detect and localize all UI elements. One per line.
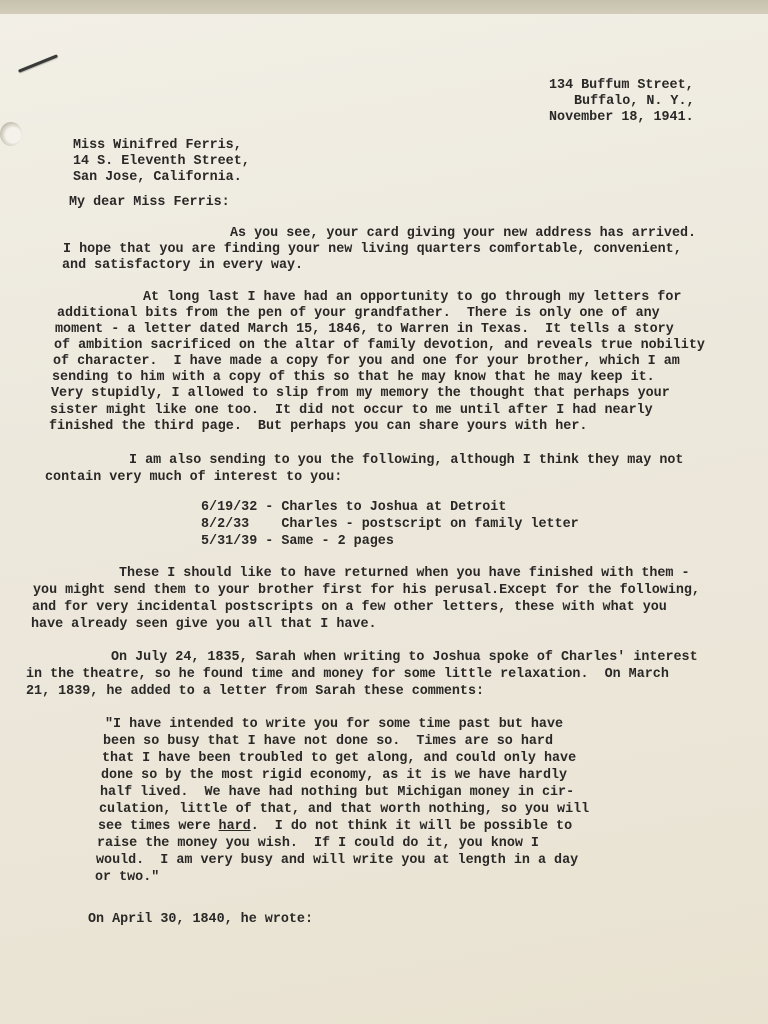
quote-line: see times were hard. I do not think it w… xyxy=(98,819,572,836)
paragraph-line: At long last I have had an opportunity t… xyxy=(143,290,681,307)
paragraph-line: and for very incidental postscripts on a… xyxy=(32,600,667,617)
paragraph-line: additional bits from the pen of your gra… xyxy=(57,306,660,323)
quote-line: "I have intended to write you for some t… xyxy=(105,717,563,734)
paragraph-line: As you see, your card giving your new ad… xyxy=(230,226,696,243)
paragraph-line: moment - a letter dated March 15, 1846, … xyxy=(55,322,674,339)
enclosure-item: 8/2/33 Charles - postscript on family le… xyxy=(201,517,579,534)
paragraph-line: I am also sending to you the following, … xyxy=(129,453,683,470)
paragraph-line: I hope that you are finding your new liv… xyxy=(63,242,682,259)
paragraph-line: Very stupidly, I allowed to slip from my… xyxy=(51,386,670,403)
paragraph-line: and satisfactory in every way. xyxy=(62,258,303,275)
salutation: My dear Miss Ferris: xyxy=(69,195,230,212)
punch-hole-icon xyxy=(0,122,22,146)
paragraph-line: have already seen give you all that I ha… xyxy=(31,617,377,634)
recipient-city: San Jose, California. xyxy=(73,170,242,187)
recipient-street: 14 S. Eleventh Street, xyxy=(73,154,250,171)
quote-line: raise the money you wish. If I could do … xyxy=(97,836,539,853)
staple-icon xyxy=(18,54,58,73)
quote-text: see times were xyxy=(98,819,219,834)
underlined-word: hard xyxy=(219,819,251,834)
paragraph-line: sending to him with a copy of this so th… xyxy=(52,370,655,387)
enclosure-item: 5/31/39 - Same - 2 pages xyxy=(201,534,394,551)
paragraph-line: in the theatre, so he found time and mon… xyxy=(26,667,669,684)
quote-line: or two." xyxy=(95,870,159,887)
return-address-street: 134 Buffum Street, xyxy=(549,78,694,95)
quote-line: been so busy that I have not done so. Ti… xyxy=(103,734,553,751)
quote-line: culation, little of that, and that worth… xyxy=(99,802,589,819)
quote-line: done so by the most rigid economy, as it… xyxy=(101,768,567,785)
paragraph-line: sister might like one too. It did not oc… xyxy=(50,403,653,420)
paragraph-line: you might send them to your brother firs… xyxy=(33,583,700,600)
recipient-name: Miss Winifred Ferris, xyxy=(73,138,242,155)
paragraph-line: contain very much of interest to you: xyxy=(45,470,342,487)
closing-line: On April 30, 1840, he wrote: xyxy=(88,912,313,929)
quote-text: . I do not think it will be possible to xyxy=(251,819,572,834)
paragraph-line: finished the third page. But perhaps you… xyxy=(49,419,587,436)
return-address-city: Buffalo, N. Y., xyxy=(574,94,695,111)
letter-date: November 18, 1941. xyxy=(549,110,694,127)
paragraph-line: 21, 1839, he added to a letter from Sara… xyxy=(26,684,484,701)
paragraph-line: of character. I have made a copy for you… xyxy=(53,354,680,371)
paragraph-line: On July 24, 1835, Sarah when writing to … xyxy=(111,650,698,667)
paragraph-line: of ambition sacrificed on the altar of f… xyxy=(54,338,705,355)
quote-line: would. I am very busy and will write you… xyxy=(96,853,578,870)
quote-line: that I have been troubled to get along, … xyxy=(102,751,576,768)
enclosure-item: 6/19/32 - Charles to Joshua at Detroit xyxy=(201,500,506,517)
typed-letter-page: 134 Buffum Street, Buffalo, N. Y., Novem… xyxy=(0,14,768,1024)
quote-line: half lived. We have had nothing but Mich… xyxy=(100,785,574,802)
paragraph-line: These I should like to have returned whe… xyxy=(119,566,690,583)
